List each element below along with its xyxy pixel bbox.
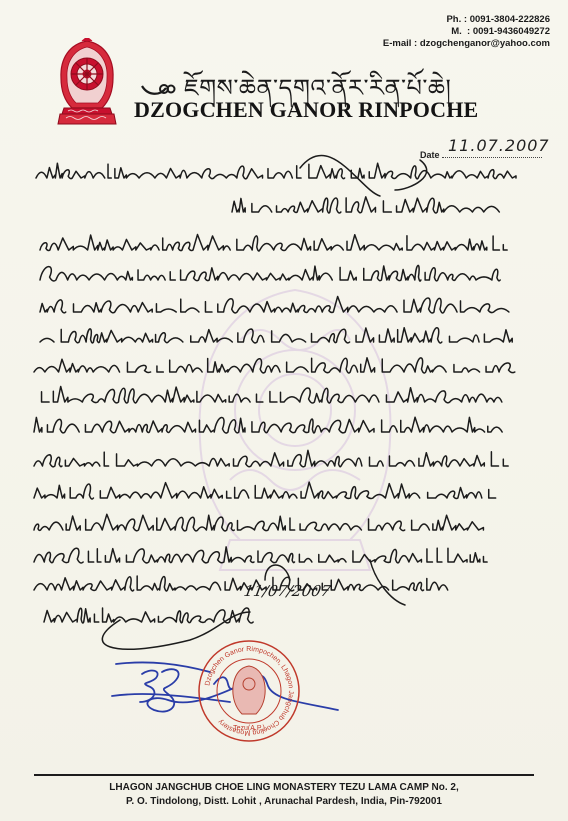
footer-rule: [34, 774, 534, 776]
footer-line-1: LHAGON JANGCHUB CHOE LING MONASTERY TEZU…: [0, 781, 568, 795]
letter-page: Ph. : 0091-3804-222826 M. : 0091-9436049…: [0, 0, 568, 821]
inline-date: 11/07/2007: [242, 582, 332, 600]
footer-address: LHAGON JANGCHUB CHOE LING MONASTERY TEZU…: [0, 781, 568, 809]
stamp-bottom-text: Tezu(A.P.): [233, 725, 265, 732]
footer-line-2: P. O. Tindolong, Distt. Lohit , Arunacha…: [0, 795, 568, 809]
monastery-stamp: Dzogchen Ganor Rimpochen, Lhagon Jangchu…: [196, 638, 302, 744]
